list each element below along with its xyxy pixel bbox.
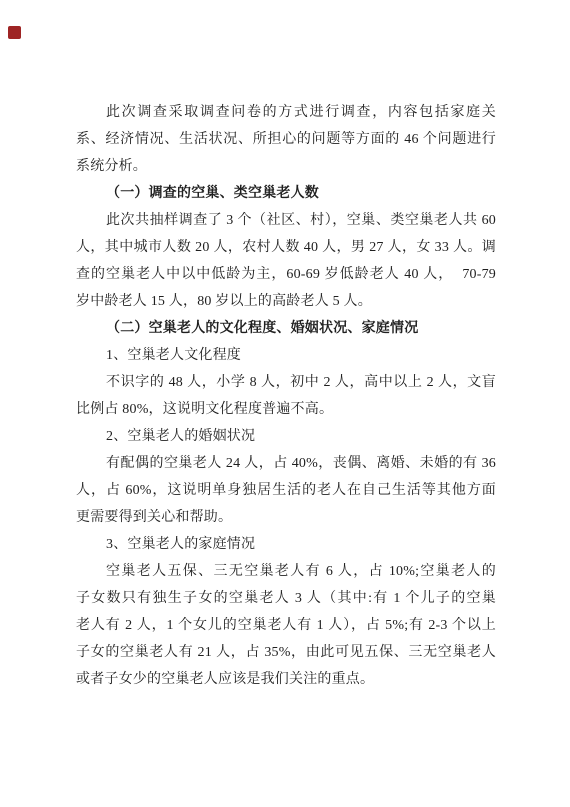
body-text-line: 人，占 60%，这说明单身独居生活的老人在自己生活等其他方面 <box>76 477 496 504</box>
subsection-heading: 2、空巢老人的婚姻状况 <box>76 423 496 450</box>
body-text-line: 系统分析。 <box>76 153 496 180</box>
document-text-block: 此次调查采取调查问卷的方式进行调查，内容包括家庭关系、经济情况、生活状况、所担心… <box>76 99 496 693</box>
body-text-line: 子女的空巢老人有 21 人，占 35%，由此可见五保、三无空巢老人 <box>76 639 496 666</box>
body-text-line: 查的空巢老人中以中低龄为主，60-69 岁低龄老人 40 人， 70-79 <box>76 261 496 288</box>
section-heading: （二）空巢老人的文化程度、婚姻状况、家庭情况 <box>76 315 496 342</box>
body-text-line: 更需要得到关心和帮助。 <box>76 504 496 531</box>
body-text-line: 老人有 2 人，1 个女儿的空巢老人有 1 人），占 5%;有 2-3 个以上 <box>76 612 496 639</box>
body-text-line: 人，其中城市人数 20 人，农村人数 40 人，男 27 人，女 33 人。调 <box>76 234 496 261</box>
body-text-line: 此次调查采取调查问卷的方式进行调查，内容包括家庭关 <box>76 99 496 126</box>
red-stamp-marker <box>8 26 21 39</box>
subsection-heading: 1、空巢老人文化程度 <box>76 342 496 369</box>
body-text-line: 有配偶的空巢老人 24 人，占 40%，丧偶、离婚、未婚的有 36 <box>76 450 496 477</box>
body-text-line: 或者子女少的空巢老人应该是我们关注的重点。 <box>76 666 496 693</box>
section-heading: （一）调查的空巢、类空巢老人数 <box>76 180 496 207</box>
body-text-line: 此次共抽样调查了 3 个（社区、村），空巢、类空巢老人共 60 <box>76 207 496 234</box>
body-text-line: 系、经济情况、生活状况、所担心的问题等方面的 46 个问题进行 <box>76 126 496 153</box>
body-text-line: 子女数只有独生子女的空巢老人 3 人（其中:有 1 个儿子的空巢 <box>76 585 496 612</box>
document-page: 此次调查采取调查问卷的方式进行调查，内容包括家庭关系、经济情况、生活状况、所担心… <box>0 0 570 807</box>
body-text-line: 不识字的 48 人，小学 8 人，初中 2 人，高中以上 2 人，文盲 <box>76 369 496 396</box>
subsection-heading: 3、空巢老人的家庭情况 <box>76 531 496 558</box>
body-text-line: 岁中龄老人 15 人，80 岁以上的高龄老人 5 人。 <box>76 288 496 315</box>
body-text-line: 空巢老人五保、三无空巢老人有 6 人，占 10%;空巢老人的 <box>76 558 496 585</box>
body-text-line: 比例占 80%，这说明文化程度普遍不高。 <box>76 396 496 423</box>
